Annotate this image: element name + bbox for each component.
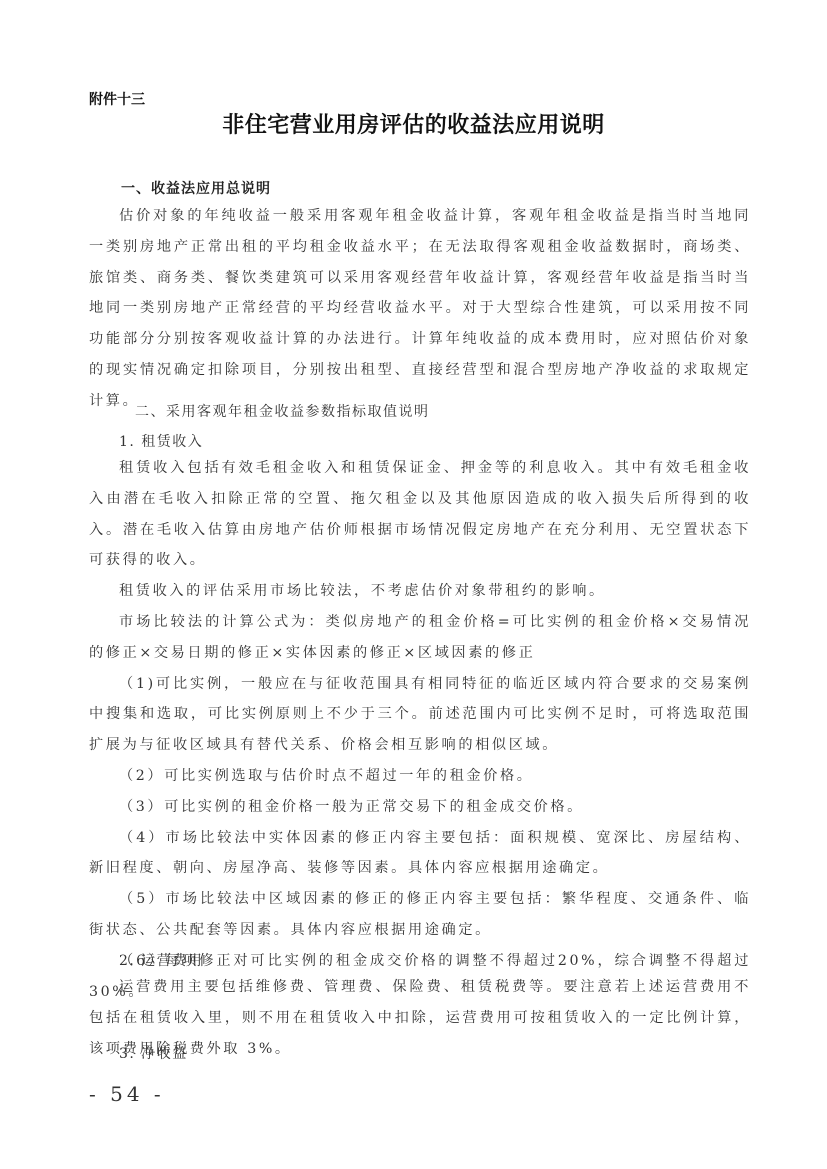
subsection-2-body: 运营费用主要包括维修费、管理费、保险费、租赁税费等。要注意若上述运营费用不包括在…: [89, 972, 751, 1064]
document-page: 附件十三 非住宅营业用房评估的收益法应用说明 一、收益法应用总说明 估价对象的年…: [0, 0, 827, 1169]
section-1-heading: 一、收益法应用总说明: [121, 178, 271, 198]
rental-income-paragraph: 租赁收入包括有效毛租金收入和租赁保证金、押金等的利息收入。其中有效毛租金收入由潜…: [89, 453, 751, 576]
list-item-5: （5）市场比较法中区域因素的修正的修正内容主要包括：繁华程度、交通条件、临街状态…: [89, 884, 751, 946]
subsection-1-heading: 1. 租赁收入: [119, 431, 203, 451]
page-number: - 54 -: [89, 1082, 165, 1106]
section-2-heading: 二、采用客观年租金收益参数指标取值说明: [135, 401, 430, 421]
section-1-paragraph: 估价对象的年纯收益一般采用客观年租金收益计算，客观年租金收益是指当时当地同一类别…: [89, 201, 751, 417]
list-item-1: （1)可比实例，一般应在与征收范围具有相同特征的临近区域内符合要求的交易案例中搜…: [89, 669, 751, 761]
list-item-4: （4）市场比较法中实体因素的修正内容主要包括：面积规模、宽深比、房屋结构、新旧程…: [89, 823, 751, 885]
formula-paragraph: 市场比较法的计算公式为：类似房地产的租金价格=可比实例的租金价格×交易情况的修正…: [89, 607, 751, 669]
subsection-1-body: 租赁收入包括有效毛租金收入和租赁保证金、押金等的利息收入。其中有效毛租金收入由潜…: [89, 453, 751, 1007]
list-item-2: （2）可比实例选取与估价时点不超过一年的租金价格。: [89, 761, 751, 792]
subsection-3-heading: 3. 净收益: [119, 1043, 188, 1063]
subsection-2-heading: 2. 运营费用: [119, 950, 203, 970]
section-1-body: 估价对象的年纯收益一般采用客观年租金收益计算，客观年租金收益是指当时当地同一类别…: [89, 201, 751, 417]
rental-method-paragraph: 租赁收入的评估采用市场比较法，不考虑估价对象带租约的影响。: [89, 576, 751, 607]
attachment-label: 附件十三: [89, 89, 145, 109]
operating-cost-paragraph: 运营费用主要包括维修费、管理费、保险费、租赁税费等。要注意若上述运营费用不包括在…: [89, 972, 751, 1064]
list-item-3: （3）可比实例的租金价格一般为正常交易下的租金成交价格。: [89, 792, 751, 823]
document-title: 非住宅营业用房评估的收益法应用说明: [0, 108, 827, 139]
